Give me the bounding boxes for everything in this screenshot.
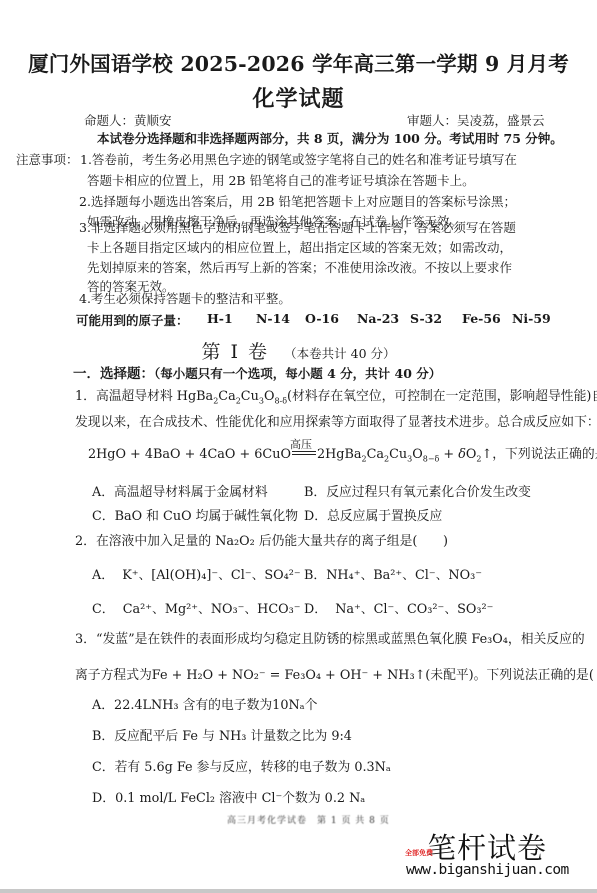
note-3-line-1: 3.非选择题必须用黑色字迹的钢笔或签字笔在答题卡上作答，答案必须写在答题 bbox=[79, 218, 516, 236]
option-key: A． bbox=[92, 698, 114, 713]
atomic-mass-o: O-16 bbox=[305, 311, 357, 329]
question-1-stem-a: 高温超导材料 HgBa bbox=[96, 389, 213, 404]
author-label: 命题人：黄顺安 bbox=[84, 111, 172, 129]
question-2-option-a[interactable]: A． K⁺、[Al(OH)₄]⁻、Cl⁻、SO₄²⁻ bbox=[92, 564, 301, 583]
option-text: NH₄⁺、Ba²⁺、Cl⁻、NO₃⁻ bbox=[326, 568, 482, 583]
exam-page: 厦门外国语学校 2025-2026 学年高三第一学期 9 月月考 化学试题 命题… bbox=[0, 0, 597, 893]
atomic-mass-na: Na-23 bbox=[357, 311, 410, 329]
option-text: K⁺、[Al(OH)₄]⁻、Cl⁻、SO₄²⁻ bbox=[122, 568, 300, 583]
exam-subtitle: 化学试题 bbox=[0, 82, 597, 113]
note-3-line-3: 先划掉原来的答案，然后再写上新的答案；不准使用涂改液。不按以上要求作 bbox=[87, 258, 512, 276]
note-1-line-2: 答题卡相应的位置上，用 2B 铅笔将自己的准考证号填涂在答题卡上。 bbox=[87, 171, 475, 189]
question-3-equation: Fe + H₂O + NO₂⁻ = Fe₃O₄ + OH⁻ + NH₃↑ bbox=[152, 668, 426, 683]
option-text: 高温超导材料属于金属材料 bbox=[114, 485, 268, 500]
note-4-text: 4.考生必须保持答题卡的整洁和平整。 bbox=[79, 291, 291, 306]
atomic-masses-label: 可能用到的原子量： bbox=[76, 311, 207, 329]
option-text: 若有 5.6g Fe 参与反应，转移的电子数为 0.3Nₐ bbox=[115, 760, 391, 775]
question-2-option-c[interactable]: C． Ca²⁺、Mg²⁺、NO₃⁻、HCO₃⁻ bbox=[92, 598, 301, 617]
question-1-option-a[interactable]: A．高温超导材料属于金属材料 bbox=[92, 481, 268, 500]
option-key: A． bbox=[92, 568, 114, 583]
exam-title: 厦门外国语学校 2025-2026 学年高三第一学期 9 月月考 bbox=[0, 47, 597, 77]
option-key: B． bbox=[304, 485, 326, 500]
question-1-number: 1． bbox=[75, 389, 96, 404]
question-1-equation: 2HgO + 4BaO + 4CaO + 6CuO高压2HgBa2Ca2Cu3O… bbox=[88, 443, 597, 462]
volume-note: （本卷共计 40 分） bbox=[284, 346, 395, 361]
question-3-line-2: 离子方程式为Fe + H₂O + NO₂⁻ = Fe₃O₄ + OH⁻ + NH… bbox=[75, 664, 597, 683]
volume-header: 第 Ⅰ 卷 （本卷共计 40 分） bbox=[0, 337, 597, 364]
question-3-option-d[interactable]: D．0.1 mol/L FeCl₂ 溶液中 Cl⁻个数为 0.2 Nₐ bbox=[92, 787, 365, 806]
question-3-suffix: (未配平)。下列说法正确的是( ) bbox=[425, 668, 597, 683]
atomic-mass-fe: Fe-56 bbox=[462, 311, 512, 329]
question-3-line-1: 3．“发蓝”是在铁件的表面形成均匀稳定且防锈的棕黑或蓝黑色氧化膜 Fe₃O₄，相… bbox=[75, 628, 585, 647]
note-3-line-2: 卡上各题目指定区域内的相应位置上，超出指定区域的答案无效；如需改动， bbox=[87, 238, 512, 256]
reviewer-label: 审题人：吴凌荔，盛景云 bbox=[407, 111, 545, 129]
question-1-tail: ，下列说法正确的是( ) bbox=[492, 447, 597, 462]
question-2-stem-text: 在溶液中加入足量的 Na₂O₂ 后仍能大量共存的离子组是( ) bbox=[96, 534, 448, 549]
exam-info: 本试卷分选择题和非选择题两部分，共 8 页，满分为 100 分。考试用时 75 … bbox=[97, 129, 563, 147]
question-3-number: 3． bbox=[75, 632, 96, 647]
watermark-logo: 笔杆试卷 全部免费 www.biganshijuan.com bbox=[403, 826, 573, 886]
question-1-option-c[interactable]: C．BaO 和 CuO 均属于碱性氧化物 bbox=[92, 505, 298, 524]
question-2-number: 2． bbox=[75, 534, 96, 549]
question-1-option-b[interactable]: B．反应过程只有氧元素化合价发生改变 bbox=[304, 481, 531, 500]
equation-condition: 高压 bbox=[290, 436, 312, 452]
option-text: Ca²⁺、Mg²⁺、NO₃⁻、HCO₃⁻ bbox=[123, 602, 301, 617]
question-1-option-d[interactable]: D．总反应属于置换反应 bbox=[304, 505, 442, 524]
question-1-line-2: 发现以来，在合成技术、性能优化和应用探索等方面取得了显著技术进步。总合成反应如下… bbox=[75, 411, 597, 430]
option-text: Na⁺、Cl⁻、CO₃²⁻、SO₃²⁻ bbox=[335, 602, 493, 617]
option-key: C． bbox=[92, 509, 115, 524]
question-1-line-1: 1．高温超导材料 HgBa2Ca2Cu3O8-δ(材料存在氧空位，可控制在一定范… bbox=[75, 385, 597, 404]
question-2-option-b[interactable]: B．NH₄⁺、Ba²⁺、Cl⁻、NO₃⁻ bbox=[304, 564, 482, 583]
note-4-line-1: 4.考生必须保持答题卡的整洁和平整。 bbox=[79, 289, 291, 307]
watermark-brand: 笔杆试卷 bbox=[427, 826, 547, 867]
option-key: D． bbox=[304, 509, 327, 524]
high-pressure-arrow-icon: 高压 bbox=[292, 448, 316, 462]
section-desc: （每小题只有一个选项，每小题 4 分，共计 40 分） bbox=[154, 366, 441, 381]
option-key: D． bbox=[304, 602, 327, 617]
note-1-line-1: 1.答卷前，考生务必用黑色字迹的钢笔或签字笔将自己的姓名和准考证号填写在 bbox=[80, 150, 517, 168]
atomic-mass-h: H-1 bbox=[207, 311, 256, 329]
page-footer: 高三月考化学试卷 第 1 页 共 8 页 bbox=[227, 813, 390, 826]
option-text: 22.4LNH₃ 含有的电子数为10Nₐ个 bbox=[114, 698, 317, 713]
option-key: C． bbox=[92, 602, 115, 617]
question-1-stem-b: (材料存在氧空位，可控制在一定范围，影响超导性能)自 bbox=[287, 389, 597, 404]
option-key: A． bbox=[92, 485, 114, 500]
section-title: 一．选择题：（每小题只有一个选项，每小题 4 分，共计 40 分） bbox=[73, 362, 441, 382]
option-text: 反应配平后 Fe 与 NH₃ 计量数之比为 9:4 bbox=[114, 729, 352, 744]
bottom-band bbox=[0, 889, 597, 893]
option-text: BaO 和 CuO 均属于碱性氧化物 bbox=[115, 509, 298, 524]
atomic-mass-s: S-32 bbox=[410, 311, 462, 329]
question-2-stem: 2．在溶液中加入足量的 Na₂O₂ 后仍能大量共存的离子组是( ) bbox=[75, 530, 448, 549]
notes-label: 注意事项： bbox=[16, 150, 79, 168]
question-3-option-a[interactable]: A．22.4LNH₃ 含有的电子数为10Nₐ个 bbox=[92, 694, 317, 713]
note-3-line-1-text: 3.非选择题必须用黑色字迹的钢笔或签字笔在答题卡上作答，答案必须写在答题 bbox=[79, 220, 516, 235]
volume-title: 第 Ⅰ 卷 bbox=[201, 341, 269, 363]
section-title-text: 一．选择题： bbox=[73, 366, 154, 382]
question-3-prefix: 离子方程式为 bbox=[75, 668, 152, 683]
note-2-line-1: 2.选择题每小题选出答案后，用 2B 铅笔把答题卡上对应题目的答案标号涂黑； bbox=[79, 192, 516, 210]
atomic-mass-ni: Ni-59 bbox=[512, 311, 551, 329]
question-3-option-c[interactable]: C．若有 5.6g Fe 参与反应，转移的电子数为 0.3Nₐ bbox=[92, 756, 391, 775]
watermark-url: www.biganshijuan.com bbox=[406, 862, 569, 878]
question-3-option-b[interactable]: B．反应配平后 Fe 与 NH₃ 计量数之比为 9:4 bbox=[92, 725, 352, 744]
option-text: 反应过程只有氧元素化合价发生改变 bbox=[326, 485, 531, 500]
question-2-option-d[interactable]: D． Na⁺、Cl⁻、CO₃²⁻、SO₃²⁻ bbox=[304, 598, 493, 617]
option-key: B． bbox=[304, 568, 326, 583]
atomic-mass-n: N-14 bbox=[256, 311, 305, 329]
option-key: C． bbox=[92, 760, 115, 775]
option-text: 总反应属于置换反应 bbox=[327, 509, 442, 524]
option-key: B． bbox=[92, 729, 114, 744]
watermark-free-tag: 全部免费 bbox=[405, 848, 433, 858]
atomic-masses: 可能用到的原子量： H-1 N-14 O-16 Na-23 S-32 Fe-56… bbox=[76, 311, 551, 329]
equation-reactants: 2HgO + 4BaO + 4CaO + 6CuO bbox=[88, 447, 291, 462]
option-key: D． bbox=[92, 791, 115, 806]
option-text: 0.1 mol/L FeCl₂ 溶液中 Cl⁻个数为 0.2 Nₐ bbox=[115, 791, 365, 806]
question-3-stem-line-1: “发蓝”是在铁件的表面形成均匀稳定且防锈的棕黑或蓝黑色氧化膜 Fe₃O₄，相关反… bbox=[96, 632, 585, 647]
